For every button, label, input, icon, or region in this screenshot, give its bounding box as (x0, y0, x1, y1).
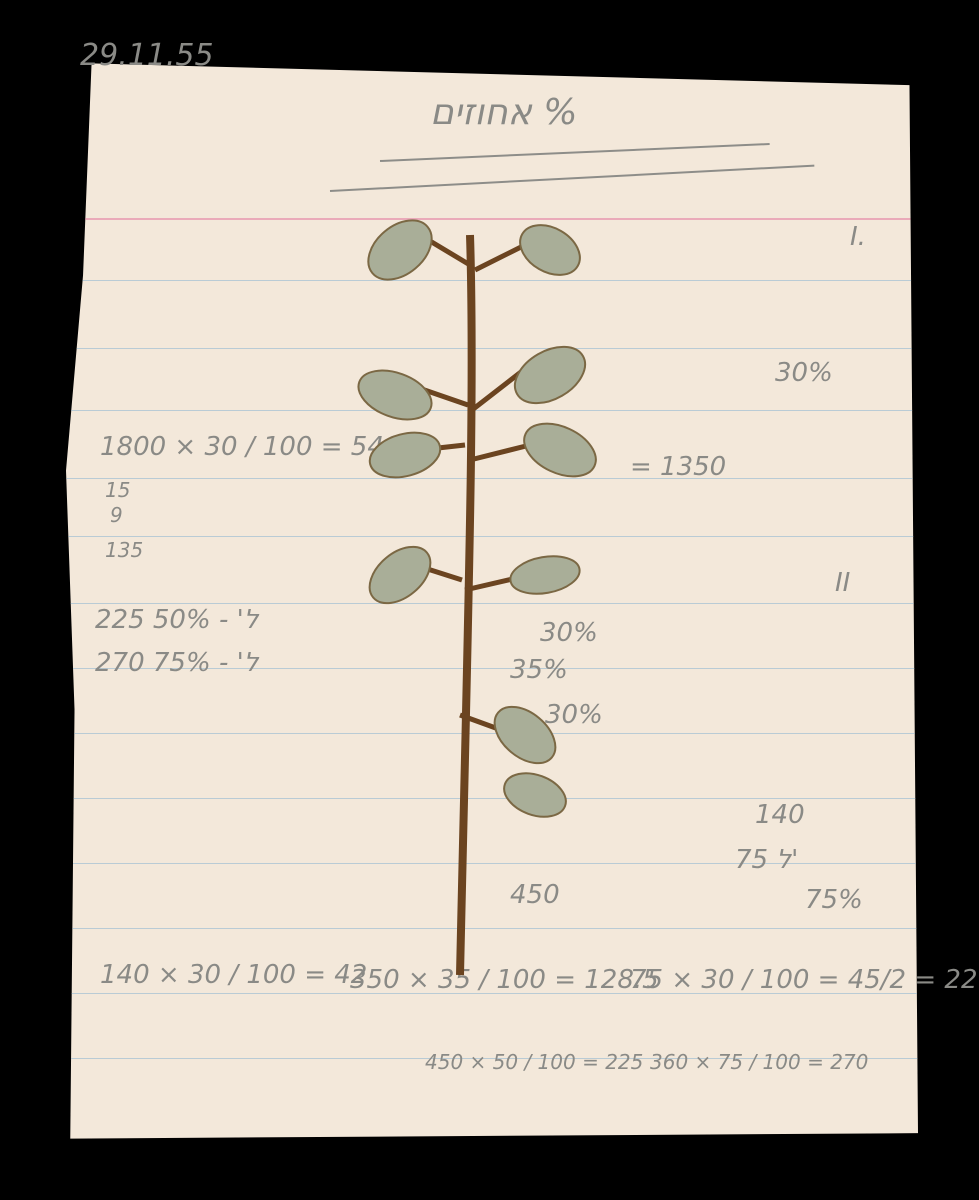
calc-1-result: = 1350 (630, 452, 726, 482)
value-140: 140 (755, 800, 805, 830)
date: 29.11.55 (80, 38, 214, 73)
bottom-calc-4: 450 × 50 / 100 = 225 (425, 1050, 643, 1074)
left-line-1: 225 ל' - 50% (95, 605, 259, 635)
aside-2: 9 (110, 503, 123, 527)
section-marker-1: I. (850, 222, 866, 252)
value-75: 75 ל' (735, 845, 798, 875)
bottom-calc-3: 75 × 30 / 100 = 45/2 = 22.5 (630, 965, 979, 995)
page-title: אחוזים % (430, 92, 577, 133)
left-line-2: 270 ל' - 75% (95, 648, 259, 678)
aside-1: 15 (105, 478, 130, 502)
pressed-plant-specimen (340, 195, 630, 985)
bottom-calc-5: 360 × 75 / 100 = 270 (650, 1050, 868, 1074)
aside-3: 135 (105, 538, 143, 562)
section-marker-2: II (835, 568, 850, 598)
value-75-percent: 75% (805, 885, 863, 915)
bottom-calc-1: 140 × 30 / 100 = 42 (100, 960, 367, 990)
percent-note: 30% (775, 358, 833, 388)
